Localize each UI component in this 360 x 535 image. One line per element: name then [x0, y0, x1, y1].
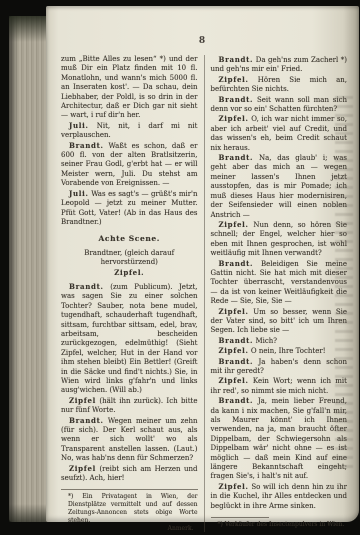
dialogue-paragraph: Zipfel. Um so besser, wenn Sie der Vater…	[211, 307, 348, 336]
dialogue-paragraph: Zipfel (reibt sich am Herzen und seufzt)…	[61, 464, 198, 484]
speaker-name: Zipfel.	[219, 482, 249, 491]
speaker-name: Brandt.	[69, 416, 104, 425]
dialogue-paragraph: Brandt. Waßt es schon, daß er 600 fl. vo…	[61, 141, 198, 189]
dialogue-paragraph: Brandt. Seit wann soll man sich denn vor…	[211, 95, 348, 115]
speaker-name: Brandt.	[219, 336, 254, 345]
speaker-name: Juli.	[69, 189, 89, 198]
dialogue-paragraph: Zipfel. Hören Sie mich an, befürchten Si…	[211, 75, 348, 95]
text-columns: zum „Bitte Alles zu lesen“ *) und der mu…	[61, 55, 347, 532]
speaker-name: Zipfel.	[219, 346, 249, 355]
dialogue-paragraph: Zipfel. O, ich war nicht immer so, aber …	[211, 114, 348, 153]
footnote: *) Verkäufer des Insectenpulvers in Wien…	[211, 517, 348, 529]
dialogue-paragraph: Zipfel (hält ihn zurück). Ich bitte nur …	[61, 396, 198, 416]
dialogue-paragraph: Juli. Nit, nit, i darf mi nit verplausch…	[61, 121, 198, 141]
speaker-name: Brandt.	[69, 141, 104, 150]
scene-heading: Achte Scene.	[61, 234, 198, 243]
speaker-name: Brandt.	[219, 396, 254, 405]
cast-line: Brandtner, (gleich darauf hervorstürzend…	[61, 249, 198, 278]
dialogue-paragraph: Zipfel. Nun denn, so hören Sie schnell; …	[211, 220, 348, 259]
dialogue-text: Ja, mein lieber Freund, da kann i nix ma…	[211, 397, 348, 480]
book-scan: 8 zum „Bitte Alles zu lesen“ *) und der …	[0, 0, 360, 535]
speaker-name: Zipfel	[69, 464, 96, 473]
dialogue-paragraph: Juli. Was es sagt's — grüßt's mir'n Leop…	[61, 189, 198, 228]
dialogue-paragraph: Zipfel. So will ich denn hin zu ihr in d…	[211, 482, 348, 511]
dialogue-paragraph: Brandt. Ja haben's denn schon mit ihr ge…	[211, 357, 348, 377]
dialogue-paragraph: Brandt. Mich?	[211, 336, 348, 346]
dialogue-paragraph: Brandt. Ja, mein lieber Freund, da kann …	[211, 396, 348, 482]
dialogue-paragraph: Brandt. Da geh'ns zum Zacherl *) und geh…	[211, 55, 348, 75]
speaker-name: Brandt.	[219, 95, 254, 104]
opposite-page-bleed-through	[335, 96, 353, 471]
speaker-name: Juli.	[69, 121, 89, 130]
speaker-name: Brandt.	[219, 259, 254, 268]
page-edges	[9, 16, 49, 522]
cast-line-text: Brandtner, (gleich darauf hervorstürzend…	[84, 249, 174, 266]
dialogue-paragraph: zum „Bitte Alles zu lesen“ *) und der mu…	[61, 55, 198, 121]
dialogue-paragraph: Brandt. Beleidigen Sie meine Gattin nich…	[211, 259, 348, 307]
dialogue-text: O nein, Ihre Tochter!	[251, 347, 326, 355]
dialogue-text: (zum Publicum). Jetzt, was sagen Sie zu …	[61, 283, 198, 394]
speaker-name: Zipfel	[69, 396, 96, 405]
left-column: zum „Bitte Alles zu lesen“ *) und der mu…	[61, 55, 204, 532]
speaker-name: Zipfel.	[219, 307, 249, 316]
speaker-name: Brandt.	[219, 55, 254, 64]
page-number: 8	[46, 6, 359, 46]
dialogue-paragraph: Zipfel. O nein, Ihre Tochter!	[211, 346, 348, 356]
right-column: Brandt. Da geh'ns zum Zacherl *) und geh…	[205, 55, 348, 532]
dialogue-paragraph: Brandt. (zum Publicum). Jetzt, was sagen…	[61, 282, 198, 396]
speaker-name: Zipfel.	[219, 114, 249, 123]
dialogue-paragraph: Zipfel. Kein Wort; wenn ich mit ihr red'…	[211, 376, 348, 396]
speaker-name: Brandt.	[219, 153, 254, 162]
footnote-text: *) Ein Privatagent in Wien, der Dienstpl…	[61, 493, 198, 524]
footnote: *) Ein Privatagent in Wien, der Dienstpl…	[61, 489, 198, 532]
speaker-name: Zipfel.	[219, 220, 249, 229]
speaker-name: Brandt.	[219, 357, 254, 366]
dialogue-text: Na, das glaub' i; was geht aber das mich…	[211, 154, 348, 218]
speaker-name: Brandt.	[69, 282, 104, 291]
speaker-name: Zipfel.	[219, 376, 249, 385]
dialogue-paragraph: Brandt. Wegen meiner um zehn (für sich).…	[61, 416, 198, 464]
speaker-name: Zipfel.	[219, 75, 249, 84]
dialogue-text: zum „Bitte Alles zu lesen“ *) und der mu…	[61, 55, 198, 119]
dialogue-paragraph: Brandt. Na, das glaub' i; was geht aber …	[211, 153, 348, 220]
cast-character-name: Zipfel.	[114, 268, 144, 277]
book-page: 8 zum „Bitte Alles zu lesen“ *) und der …	[46, 6, 359, 522]
dialogue-text: Mich?	[255, 337, 277, 345]
footnote-attribution: Anmerk.	[61, 525, 198, 533]
footnote-text: *) Verkäufer des Insectenpulvers in Wien…	[211, 521, 348, 529]
footnote-rule	[211, 517, 269, 518]
